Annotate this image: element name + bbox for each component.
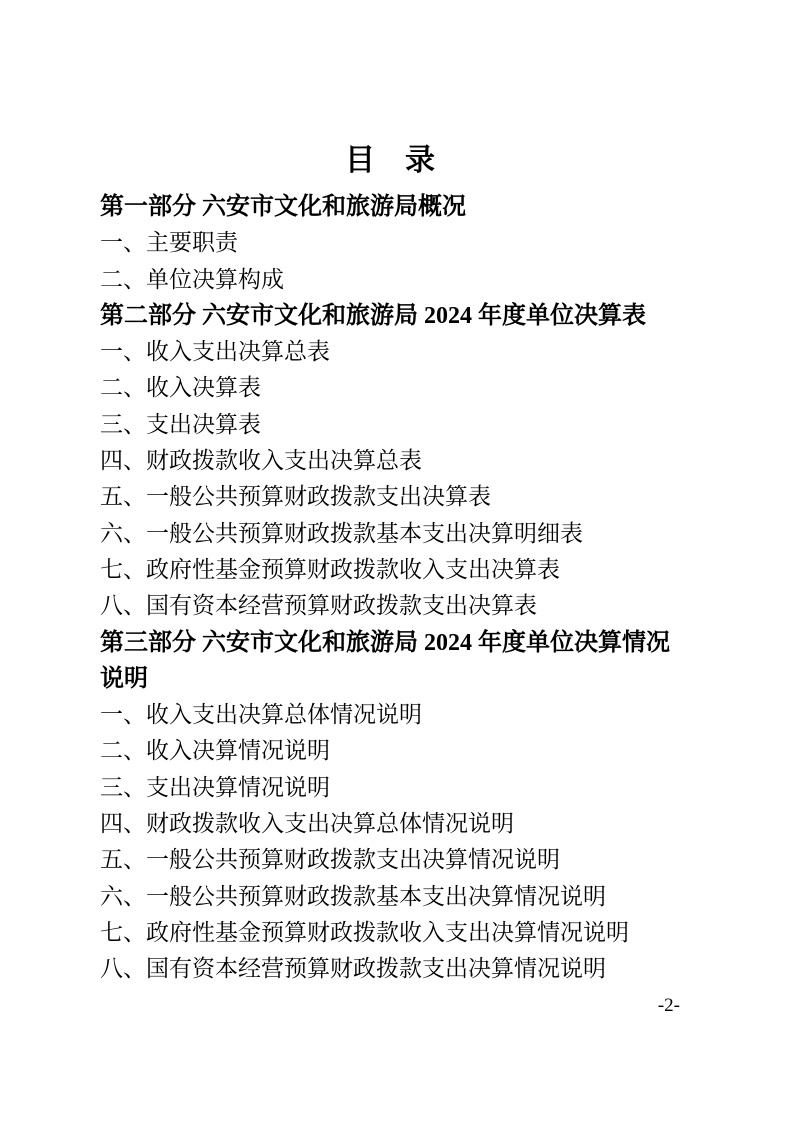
section-overview: 第一部分 六安市文化和旅游局概况 一、主要职责 二、单位决算构成 <box>100 189 680 298</box>
section-3-heading: 第三部分 六安市文化和旅游局 2024 年度单位决算情况说明 <box>100 625 680 698</box>
toc-item: 八、国有资本经营预算财政拨款支出决算情况说明 <box>100 951 680 987</box>
section-2-heading: 第二部分 六安市文化和旅游局 2024 年度单位决算表 <box>100 298 680 334</box>
section-notes: 第三部分 六安市文化和旅游局 2024 年度单位决算情况说明 一、收入支出决算总… <box>100 625 680 988</box>
toc-item: 四、财政拨款收入支出决算总体情况说明 <box>100 806 680 842</box>
toc-item: 四、财政拨款收入支出决算总表 <box>100 443 680 479</box>
page-number: -2- <box>100 988 680 1024</box>
toc-item: 三、支出决算表 <box>100 407 680 443</box>
toc-item: 七、政府性基金预算财政拨款收入支出决算情况说明 <box>100 915 680 951</box>
toc-item: 一、收入支出决算总表 <box>100 334 680 370</box>
toc-item: 六、一般公共预算财政拨款基本支出决算明细表 <box>100 516 680 552</box>
toc-item: 六、一般公共预算财政拨款基本支出决算情况说明 <box>100 879 680 915</box>
toc-item: 七、政府性基金预算财政拨款收入支出决算表 <box>100 552 680 588</box>
toc-item: 一、收入支出决算总体情况说明 <box>100 697 680 733</box>
toc-item: 一、主要职责 <box>100 225 680 261</box>
toc-page: 目 录 第一部分 六安市文化和旅游局概况 一、主要职责 二、单位决算构成 第二部… <box>100 142 680 1024</box>
toc-item: 五、一般公共预算财政拨款支出决算情况说明 <box>100 842 680 878</box>
page-title: 目 录 <box>100 142 680 180</box>
toc-item: 二、收入决算情况说明 <box>100 733 680 769</box>
toc-item: 二、单位决算构成 <box>100 262 680 298</box>
toc-item: 五、一般公共预算财政拨款支出决算表 <box>100 479 680 515</box>
toc-item: 二、收入决算表 <box>100 370 680 406</box>
toc-item: 八、国有资本经营预算财政拨款支出决算表 <box>100 588 680 624</box>
section-1-heading: 第一部分 六安市文化和旅游局概况 <box>100 189 680 225</box>
section-tables: 第二部分 六安市文化和旅游局 2024 年度单位决算表 一、收入支出决算总表 二… <box>100 298 680 625</box>
toc-item: 三、支出决算情况说明 <box>100 770 680 806</box>
